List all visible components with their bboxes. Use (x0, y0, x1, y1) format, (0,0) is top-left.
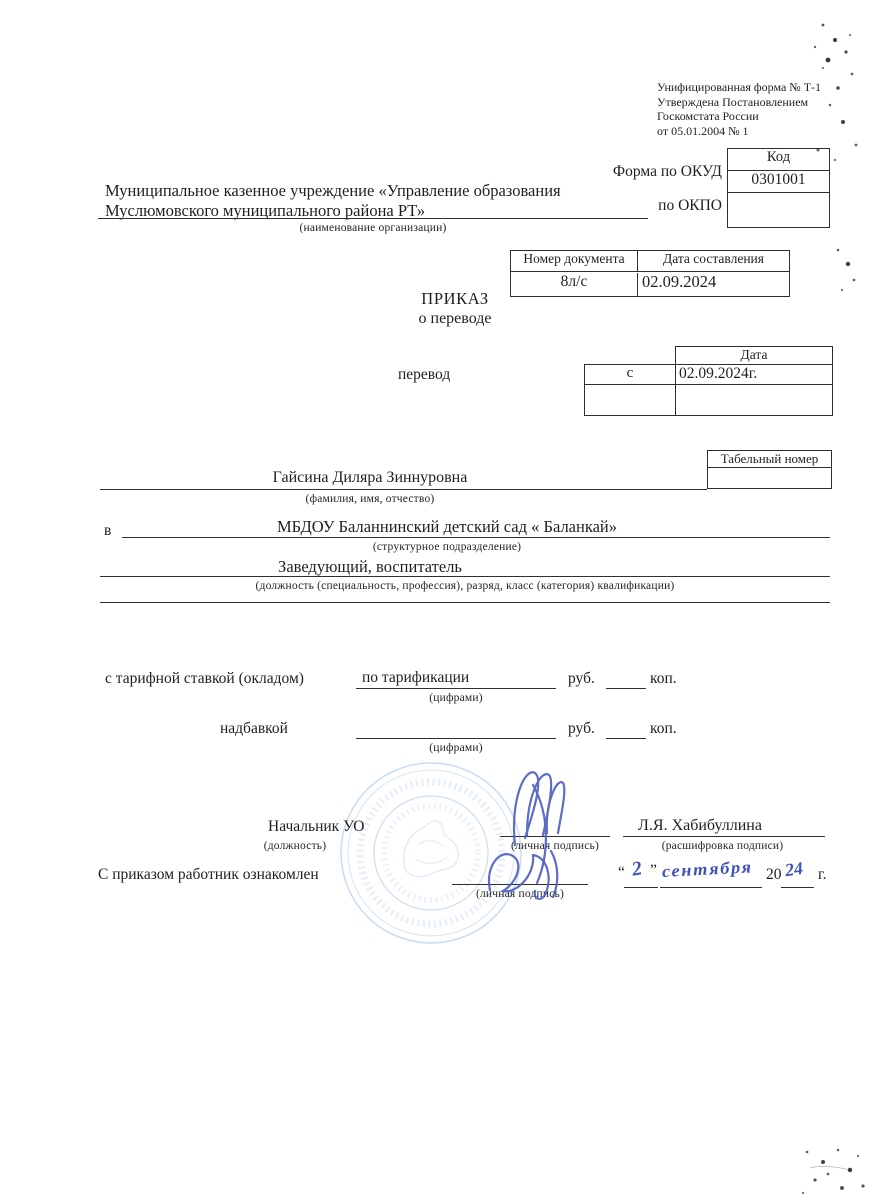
day-quote-close: ” (650, 862, 657, 880)
structural-unit-caption: (структурное подразделение) (122, 541, 772, 553)
kop-label: коп. (650, 720, 677, 738)
structural-unit: МБДОУ Баланнинский детский сад « Баланка… (122, 517, 772, 537)
transfer-label: перевод (398, 366, 450, 384)
form-reference-line: Госкомстата России (657, 109, 872, 124)
kop-underline (606, 738, 646, 739)
organization-underline (98, 218, 648, 219)
assignment-prefix: в (104, 522, 111, 540)
position-underline (100, 576, 830, 577)
signature-ink-employee (455, 755, 635, 905)
day-underline (624, 887, 658, 888)
acknowledgement-text: С приказом работник ознакомлен (98, 866, 319, 884)
signer-name-underline (623, 836, 825, 837)
round-stamp-seal (335, 757, 527, 949)
form-reference-line: от 05.01.2004 № 1 (657, 124, 872, 139)
transfer-date-header: Дата (675, 346, 833, 365)
organization-caption: (наименование организации) (98, 222, 648, 234)
digits-caption: (цифрами) (356, 742, 556, 754)
position-title: Заведующий, воспитатель (100, 557, 640, 577)
ack-signature-line (452, 884, 588, 885)
transfer-empty-cell (675, 384, 833, 416)
organization-name-line1: Муниципальное казенное учреждение «Управ… (105, 181, 665, 201)
rate-label: с тарифной ставкой (окладом) (105, 670, 304, 688)
ack-signature-caption: (личная подпись) (440, 888, 600, 900)
transfer-from-label: с (584, 364, 676, 385)
signer-name: Л.Я. Хабибуллина (620, 817, 780, 835)
employee-name: Гайсина Диляра Зиннуровна (100, 469, 640, 487)
year-suffix: г. (818, 866, 826, 884)
document-subtitle: о переводе (285, 310, 625, 328)
document-title: ПРИКАЗ (285, 289, 625, 309)
rate-underline (356, 688, 556, 689)
organization-name: Муниципальное казенное учреждение «Управ… (105, 181, 665, 221)
transfer-empty-cell (584, 384, 676, 416)
bonus-underline (356, 738, 556, 739)
personal-signature-line (500, 836, 610, 837)
personal-signature-caption: (личная подпись) (480, 840, 630, 852)
personnel-number-header: Табельный номер (707, 450, 832, 468)
handwritten-day: 2 (630, 857, 644, 881)
okud-label: Форма по ОКУД (550, 163, 722, 181)
extra-blank-underline (100, 602, 830, 603)
code-table: Код 0301001 (727, 148, 830, 228)
okud-code-value: 0301001 (728, 171, 829, 193)
employee-name-underline (100, 489, 707, 490)
rate-value: по тарификации (362, 669, 469, 687)
doc-date-value: 02.09.2024 (638, 272, 789, 297)
personnel-number-value (707, 467, 832, 489)
month-underline (660, 887, 762, 888)
scan-noise (828, 240, 868, 300)
rub-label: руб. (568, 670, 595, 688)
handwritten-month: сентября (661, 857, 753, 882)
form-reference-line: Утверждена Постановлением (657, 95, 872, 110)
kop-label: коп. (650, 670, 677, 688)
position-caption: (должность (специальность, профессия), р… (100, 580, 830, 592)
form-reference-block: Унифицированная форма № Т-1 Утверждена П… (657, 80, 872, 138)
kop-underline (606, 688, 646, 689)
rub-label: руб. (568, 720, 595, 738)
form-reference-line: Унифицированная форма № Т-1 (657, 80, 872, 95)
signature-ink-director (455, 755, 635, 905)
handwritten-year: 24 (784, 858, 805, 881)
doc-date-header: Дата составления (638, 251, 789, 272)
signer-position-caption: (должность) (240, 840, 350, 852)
signer-position: Начальник УО (268, 818, 364, 836)
scan-noise (795, 1138, 872, 1200)
bonus-label: надбавкой (220, 720, 288, 738)
doc-number-header: Номер документа (511, 251, 638, 272)
signer-name-caption: (расшифровка подписи) (625, 840, 820, 852)
year-century: 20 (766, 866, 782, 884)
code-table-header: Код (728, 149, 829, 171)
transfer-from-value: 02.09.2024г. (675, 364, 833, 385)
okpo-code-value (728, 193, 829, 229)
digits-caption: (цифрами) (356, 692, 556, 704)
year-underline (781, 887, 814, 888)
day-quote-open: “ (618, 864, 625, 882)
employee-name-caption: (фамилия, имя, отчество) (100, 493, 640, 505)
document-page: Унифицированная форма № Т-1 Утверждена П… (0, 0, 872, 1200)
structural-unit-underline (122, 537, 830, 538)
